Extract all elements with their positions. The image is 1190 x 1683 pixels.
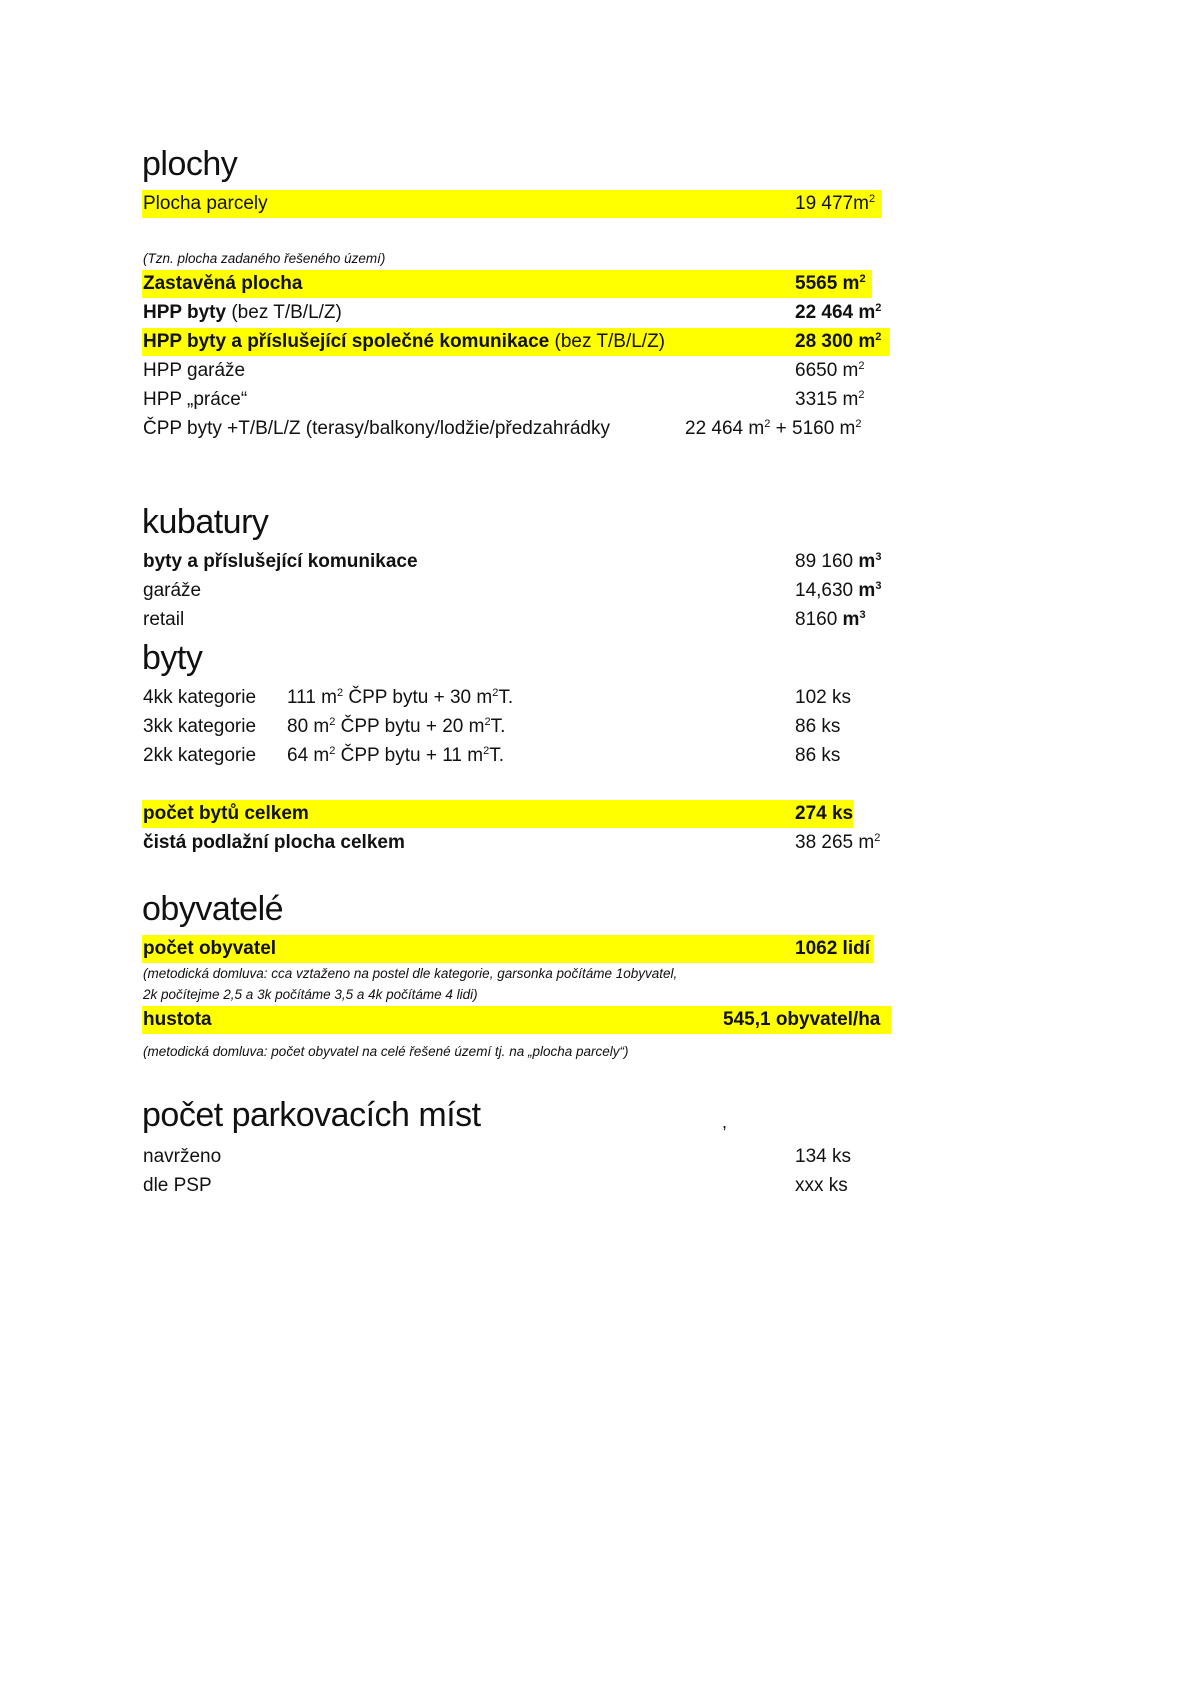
row-description: 111 m2 ČPP bytu + 30 m2T. xyxy=(287,684,513,712)
row-value: 22 464 m2 xyxy=(795,299,881,327)
row-count: 86 ks xyxy=(795,742,840,770)
row-byty-2kk: 2kk kategorie 64 m2 ČPP bytu + 11 m2T. 8… xyxy=(142,742,892,770)
row-kubatura-retail: retail 8160 m3 xyxy=(142,606,892,634)
note-obyvatele-1: (metodická domluva: cca vztaženo na post… xyxy=(143,964,677,984)
row-count: 102 ks xyxy=(795,684,851,712)
row-value: 14,630 m3 xyxy=(795,577,881,605)
row-value: 134 ks xyxy=(795,1143,851,1171)
row-zastavena-plocha: Zastavěná plocha 5565 m2 xyxy=(142,270,872,298)
section-title-parking: počet parkovacích míst xyxy=(142,1096,481,1135)
row-value: 89 160 m3 xyxy=(795,548,881,576)
row-hpp-garaze: HPP garáže 6650 m2 xyxy=(142,357,892,385)
row-value: 38 265 m2 xyxy=(795,829,880,857)
row-value: 6650 m2 xyxy=(795,357,865,385)
row-value: xxx ks xyxy=(795,1172,848,1200)
row-label: počet obyvatel xyxy=(143,935,276,963)
row-cista-plocha: čistá podlažní plocha celkem 38 265 m2 xyxy=(142,829,892,857)
row-label: hustota xyxy=(143,1006,212,1034)
row-hpp-byty-komunikace: HPP byty a příslušející společné komunik… xyxy=(142,328,890,356)
section-title-byty: byty xyxy=(142,639,202,678)
row-label: počet bytů celkem xyxy=(143,800,309,828)
row-hpp-prace: HPP „práce“ 3315 m2 xyxy=(142,386,892,414)
row-value: 545,1 obyvatel/ha xyxy=(723,1006,880,1034)
section-title-plochy: plochy xyxy=(142,145,237,184)
row-category: 3kk kategorie xyxy=(143,713,256,741)
row-cpp-byty: ČPP byty +T/B/L/Z (terasy/balkony/lodžie… xyxy=(142,415,892,443)
row-description: 64 m2 ČPP bytu + 11 m2T. xyxy=(287,742,504,770)
row-value: 1062 lidí xyxy=(795,935,870,963)
row-kubatura-byty: byty a příslušející komunikace 89 160 m3 xyxy=(142,548,892,576)
note-hustota: (metodická domluva: počet obyvatel na ce… xyxy=(143,1042,629,1062)
row-value: 22 464 m2 + 5160 m2 xyxy=(685,415,862,443)
row-label: retail xyxy=(143,606,184,634)
stray-comma: , xyxy=(722,1112,727,1133)
row-category: 2kk kategorie xyxy=(143,742,256,770)
row-label: ČPP byty +T/B/L/Z (terasy/balkony/lodžie… xyxy=(143,415,610,443)
row-value: 5565 m2 xyxy=(795,270,866,298)
row-label: navrženo xyxy=(143,1143,221,1171)
row-value: 19 477m2 xyxy=(795,190,875,218)
row-pocet-obyvatel: počet obyvatel 1062 lidí xyxy=(142,935,874,963)
row-pocet-bytu: počet bytů celkem 274 ks xyxy=(142,800,853,828)
row-parking-navrzeno: navrženo 134 ks xyxy=(142,1143,892,1171)
row-value: 3315 m2 xyxy=(795,386,865,414)
row-label: HPP garáže xyxy=(143,357,245,385)
row-description: 80 m2 ČPP bytu + 20 m2T. xyxy=(287,713,505,741)
row-label: Zastavěná plocha xyxy=(143,270,302,298)
row-hpp-byty: HPP byty (bez T/B/L/Z) 22 464 m2 xyxy=(142,299,892,327)
row-byty-4kk: 4kk kategorie 111 m2 ČPP bytu + 30 m2T. … xyxy=(142,684,892,712)
row-label: Plocha parcely xyxy=(143,190,268,218)
row-hustota: hustota 545,1 obyvatel/ha xyxy=(142,1006,891,1034)
row-label: byty a příslušející komunikace xyxy=(143,548,418,576)
section-title-obyvatele: obyvatelé xyxy=(142,890,283,929)
row-byty-3kk: 3kk kategorie 80 m2 ČPP bytu + 20 m2T. 8… xyxy=(142,713,892,741)
row-label: HPP „práce“ xyxy=(143,386,247,414)
row-label: dle PSP xyxy=(143,1172,212,1200)
row-value: 8160 m3 xyxy=(795,606,866,634)
row-label: čistá podlažní plocha celkem xyxy=(143,829,405,857)
row-plocha-parcely: Plocha parcely 19 477m2 xyxy=(142,190,882,218)
row-kubatura-garaze: garáže 14,630 m3 xyxy=(142,577,892,605)
row-value: 28 300 m2 xyxy=(795,328,881,356)
row-label: HPP byty a příslušející společné komunik… xyxy=(143,328,665,356)
row-category: 4kk kategorie xyxy=(143,684,256,712)
row-value: 274 ks xyxy=(795,800,853,828)
row-count: 86 ks xyxy=(795,713,840,741)
note-obyvatele-2: 2k počítejme 2,5 a 3k počítáme 3,5 a 4k … xyxy=(143,985,478,1005)
row-label: garáže xyxy=(143,577,201,605)
note-plocha: (Tzn. plocha zadaného řešeného území) xyxy=(143,249,385,269)
section-title-kubatury: kubatury xyxy=(142,503,268,542)
row-parking-psp: dle PSP xxx ks xyxy=(142,1172,892,1200)
row-label: HPP byty (bez T/B/L/Z) xyxy=(143,299,342,327)
